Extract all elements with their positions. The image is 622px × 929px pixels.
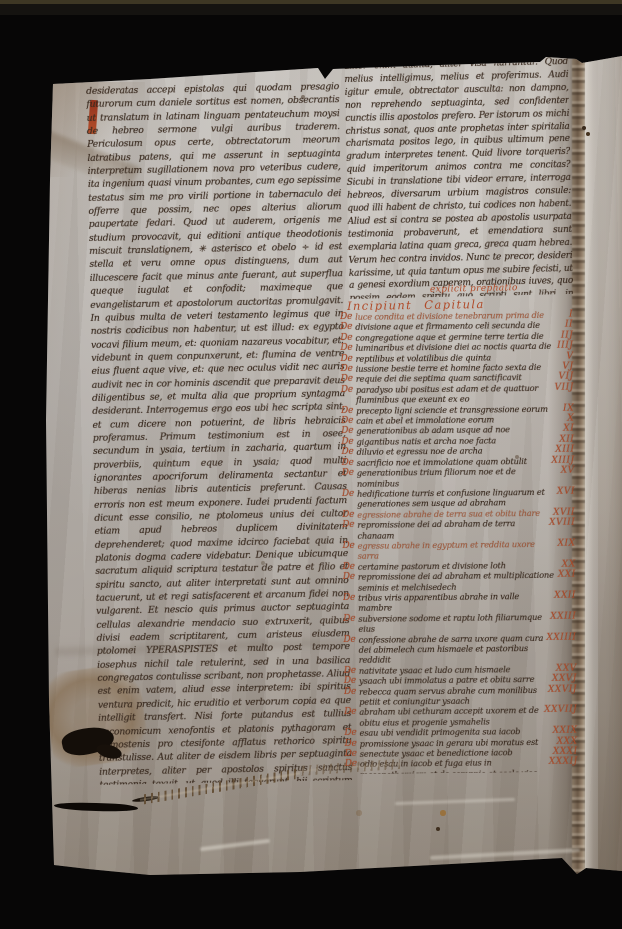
capitula-initial: De xyxy=(341,437,353,448)
capitula-numeral: XXVIJ xyxy=(548,684,577,695)
capitula-initial: De xyxy=(344,686,356,697)
prologue-text-right: aliter enim audita, aliter visa narrantu… xyxy=(344,56,573,299)
capitula-numeral: XV xyxy=(561,466,575,477)
capitula-numeral: XXX xyxy=(557,736,578,747)
capitula-numeral: XX xyxy=(562,559,576,570)
capitula-initial: De xyxy=(342,489,354,500)
capitula-text: egressione abrahe de terra sua et obitu … xyxy=(357,508,550,520)
capitula-numeral: XIIIJ xyxy=(551,455,574,466)
right-text-column: aliter enim audita, aliter visa narrantu… xyxy=(344,56,573,299)
capitula-numeral: XXII xyxy=(554,591,576,602)
capitula-numeral: XXIX xyxy=(553,726,578,737)
fold-highlight xyxy=(585,56,599,876)
capitula-numeral: XI xyxy=(563,424,574,435)
capitula-entry: Deconfessione abrahe de sarra uxore quam… xyxy=(343,632,576,666)
capitula-numeral: I xyxy=(569,310,573,320)
capitula-initial: De xyxy=(343,562,355,573)
capitula-text: subversione sodome et raptu loth filiaru… xyxy=(358,612,547,635)
capitula-text: abraham ubi cethuram accepit uxorem et d… xyxy=(359,705,541,728)
capitula-initial: De xyxy=(341,416,353,427)
capitula-initial: De xyxy=(344,676,356,687)
explicit-rubric: explicit prephatio xyxy=(430,283,518,295)
capitula-numeral: VJ xyxy=(562,362,573,373)
capitula-initial: De xyxy=(340,333,352,344)
capitula-numeral: II xyxy=(565,320,573,330)
prologue-text-left: desideratas accepi epistolas qui quodam … xyxy=(86,80,352,785)
capitula-initial: De xyxy=(343,572,355,583)
capitula-numeral: XIII xyxy=(555,445,574,456)
capitula-text: paradyso ubi positus est adam et de quat… xyxy=(356,383,552,406)
capitula-numeral: VIIJ xyxy=(555,382,574,393)
capitula-entry: Detribus viris apparentibus abrahe in va… xyxy=(343,591,576,614)
capitula-initial: De xyxy=(343,593,355,604)
capitula-initial: De xyxy=(344,739,356,750)
capitula-text: egressu abrahe in egyptum et reddita uxo… xyxy=(358,539,555,562)
right-strip-shade xyxy=(598,56,622,876)
capitula-text: repromissione dei ad abraham de terra ch… xyxy=(357,518,546,541)
capitula-numeral: XIX xyxy=(558,538,576,549)
capitula-initial: De xyxy=(342,468,354,479)
capitula-initial: De xyxy=(341,374,353,385)
capitula-numeral: IIIJ xyxy=(557,341,573,352)
capitula-numeral: IIJ xyxy=(561,330,573,341)
capitula-numeral: VIJ xyxy=(558,372,573,383)
capitula-entry: Deegressu abrahe in egyptum et reddita u… xyxy=(342,538,575,561)
capitula-entry: Derepromissione dei ad abraham de terra … xyxy=(342,518,575,541)
capitula-numeral: XXVIIJ xyxy=(544,705,577,716)
capitula-initial: De xyxy=(344,707,356,718)
capitula-initial: De xyxy=(342,458,354,469)
capitula-entry: Degenerationibus trium filiorum noe et d… xyxy=(342,466,575,489)
capitula-entry: Deabraham ubi cethuram accepit uxorem et… xyxy=(344,705,577,728)
capitula-numeral: XXVJ xyxy=(552,674,577,685)
capitula-text: luce condita et divisione tenebrarum pri… xyxy=(355,310,566,323)
capitula-numeral: XXIIII xyxy=(546,632,576,643)
backdrop-top-band-shadow xyxy=(0,4,622,15)
capitula-initial: De xyxy=(341,364,353,375)
capitula-initial: De xyxy=(343,614,355,625)
capitula-numeral: X xyxy=(567,414,574,424)
capitula-numeral: V xyxy=(566,351,573,361)
capitula-entry: Derepromissione dei ad abraham et multip… xyxy=(343,570,576,593)
capitula-entry: Derebecca quam servus abrahe cum monilib… xyxy=(344,684,577,707)
capitula-text: repromissione dei ad abraham et multipli… xyxy=(358,570,555,593)
capitula-numeral: XXXIJ xyxy=(549,757,578,768)
capitula-text: rebecca quam servus abrahe cum monilibus… xyxy=(359,684,545,707)
capitula-initial: De xyxy=(341,426,353,437)
capitula-initial: De xyxy=(340,322,352,333)
capitula-entry: Deparadyso ubi positus est adam et de qu… xyxy=(341,382,574,405)
capitula-initial: De xyxy=(342,541,354,552)
capitula-numeral: XVI xyxy=(557,486,575,497)
capitula-numeral: XXV xyxy=(556,663,577,674)
capitula-numeral: XII xyxy=(559,434,574,445)
capitula-initial: De xyxy=(344,666,356,677)
parchment-page: desideratas accepi epistolas qui quodam … xyxy=(0,0,622,929)
manuscript-photo: desideratas accepi epistolas qui quodam … xyxy=(0,0,622,929)
capitula-initial: De xyxy=(342,510,354,521)
left-text-column: desideratas accepi epistolas qui quodam … xyxy=(86,80,352,785)
capitula-initial: De xyxy=(341,447,353,458)
capitula-list: Deluce condita et divisione tenebrarum p… xyxy=(340,310,578,774)
capitula-text: confessione abrahe de sarra uxore quam c… xyxy=(359,632,544,665)
capitula-numeral: XVIII xyxy=(549,518,575,529)
capitula-numeral: IX xyxy=(563,403,574,414)
capitula-initial: De xyxy=(342,520,354,531)
capitula-initial: De xyxy=(340,343,352,354)
capitula-initial: De xyxy=(340,312,352,323)
capitula-numeral: XVII xyxy=(553,507,575,518)
capitula-initial: De xyxy=(341,385,353,396)
capitula-entry: Dehedificatione turris et confusione lin… xyxy=(342,486,575,509)
capitula-initial: De xyxy=(340,353,352,364)
capitula-initial: De xyxy=(341,406,353,417)
capitula-entry: Desubversione sodome et raptu loth filia… xyxy=(343,611,576,634)
capitula-numeral: XXIII xyxy=(550,611,576,622)
capitula-initial: De xyxy=(344,728,356,739)
capitula-text: generationibus trium filiorum noe et de … xyxy=(357,466,558,489)
capitula-text: tribus viris apparentibus abrahe in vall… xyxy=(358,591,551,614)
capitula-initial: De xyxy=(343,634,355,645)
capitula-numeral: XXI xyxy=(558,570,576,581)
capitula-text: hedificatione turris et confusione lingu… xyxy=(357,487,554,510)
